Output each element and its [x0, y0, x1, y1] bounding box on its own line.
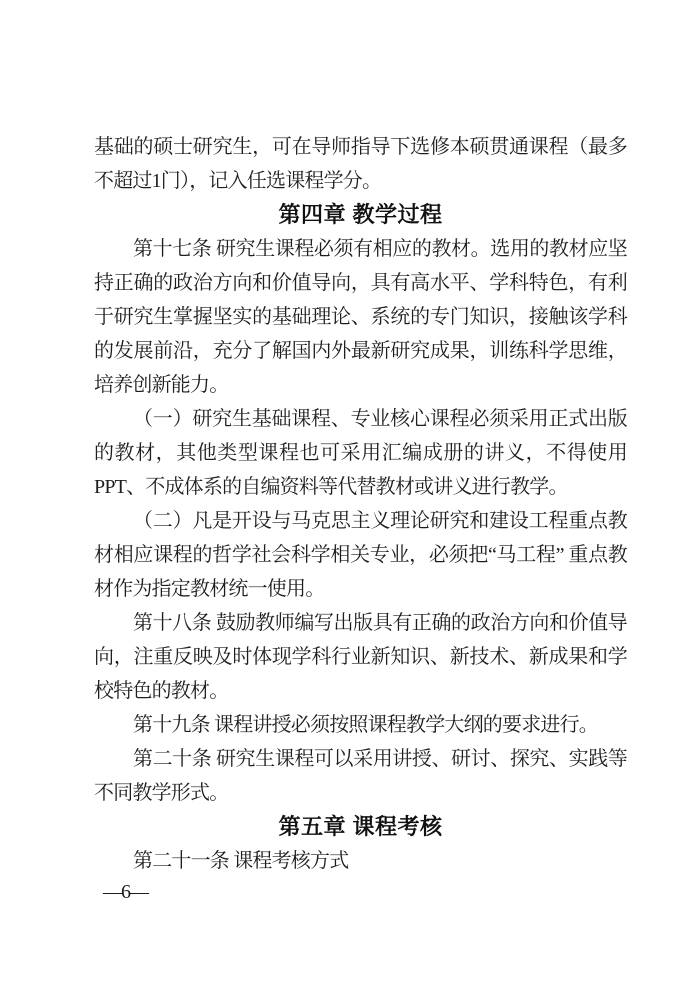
section-heading: 第四章 教学过程: [94, 198, 627, 232]
paragraph: 第十八条 鼓励教师编写出版具有正确的政治方向和价值导向，注重反映及时体现学科行业…: [94, 606, 627, 708]
paragraph: 第二十一条 课程考核方式: [94, 844, 627, 878]
paragraph: 第十九条 课程讲授必须按照课程教学大纲的要求进行。: [94, 708, 627, 742]
document-body: 基础的硕士研究生，可在导师指导下选修本硕贯通课程（最多不超过1门），记入任选课程…: [94, 130, 627, 878]
paragraph: （二）凡是开设与马克思主义理论研究和建设工程重点教材相应课程的哲学社会科学相关专…: [94, 504, 627, 606]
paragraph: 第十七条 研究生课程必须有相应的教材。选用的教材应坚持正确的政治方向和价值导向，…: [94, 232, 627, 402]
paragraph: （一）研究生基础课程、专业核心课程必须采用正式出版的教材，其他类型课程也可采用汇…: [94, 402, 627, 504]
paragraph: 第二十条 研究生课程可以采用讲授、研讨、探究、实践等不同教学形式。: [94, 742, 627, 810]
page-number: —6—: [103, 881, 147, 904]
section-heading: 第五章 课程考核: [94, 810, 627, 844]
paragraph: 基础的硕士研究生，可在导师指导下选修本硕贯通课程（最多不超过1门），记入任选课程…: [94, 130, 627, 198]
document-page: 基础的硕士研究生，可在导师指导下选修本硕贯通课程（最多不超过1门），记入任选课程…: [0, 0, 699, 989]
